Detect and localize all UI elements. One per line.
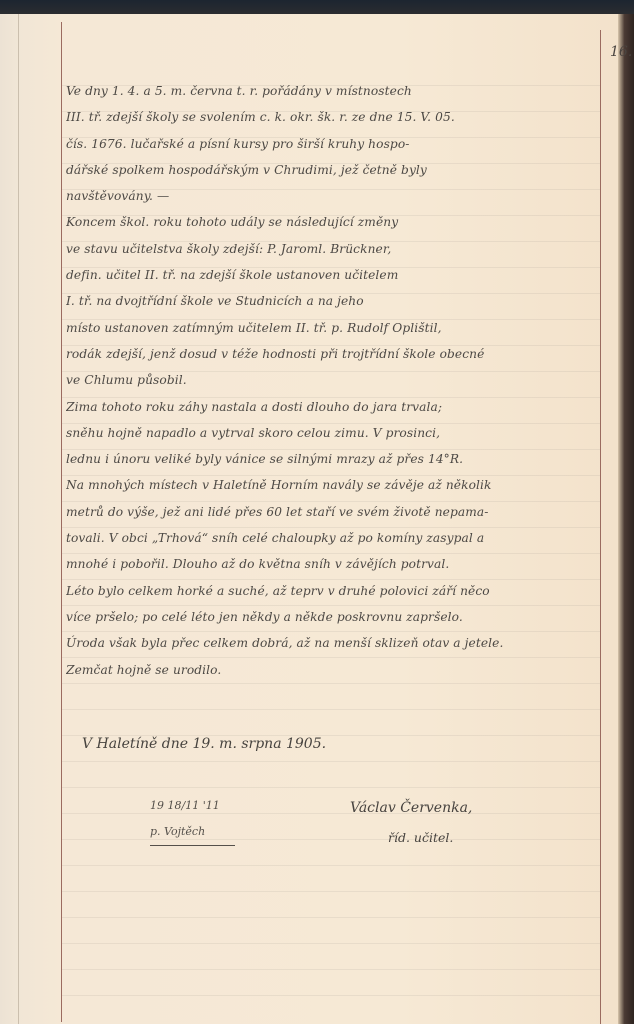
text-line: tovali. V obci „Trhová“ sníh celé chalou… [66,525,596,551]
text-line: defin. učitel II. tř. na zdejší škole us… [66,262,596,288]
text-line: čís. 1676. lučařské a písní kursy pro ši… [66,131,596,157]
text-line: ve stavu učitelstva školy zdejší: P. Jar… [66,236,596,262]
text-line: Zima tohoto roku záhy nastala a dosti dl… [66,394,596,420]
text-line: dářské spolkem hospodářským v Chrudimi, … [66,157,596,183]
left-margin-rule [61,22,62,1022]
author-name: Václav Červenka, [350,793,472,823]
text-line: sněhu hojně napadlo a vytrval skoro celo… [66,420,596,446]
text-line: Úroda však byla přec celkem dobrá, až na… [66,630,596,656]
text-line: Koncem škol. roku tohoto udály se násled… [66,209,596,235]
approval-date: 19 18/11 '11 [150,793,235,819]
text-line: navštěvovány. — [66,183,596,209]
page-number: 16. [610,44,632,60]
approval-signature: 19 18/11 '11 p. Vojtěch [150,793,235,846]
text-line: rodák zdejší, jenž dosud v téže hodnosti… [66,341,596,367]
text-line: místo ustanoven zatímným učitelem II. tř… [66,315,596,341]
page-right-edge [618,14,634,1024]
text-line: metrů do výše, jež ani lidé přes 60 let … [66,499,596,525]
binding-fold-line [18,14,19,1024]
text-line: lednu i únoru veliké byly vánice se siln… [66,446,596,472]
approval-initials: p. Vojtěch [150,819,235,846]
text-line: Na mnohých místech v Haletíně Horním nav… [66,472,596,498]
author-signature: Václav Červenka, říd. učitel. [350,793,472,853]
text-line: I. tř. na dvojtřídní škole ve Studnicích… [66,288,596,314]
right-margin-rule [600,30,601,1024]
text-line: III. tř. zdejší školy se svolením c. k. … [66,104,596,130]
text-line: více pršelo; po celé léto jen někdy a ně… [66,604,596,630]
text-line: Léto bylo celkem horké a suché, až teprv… [66,578,596,604]
scan-top-edge [0,0,634,14]
chronicle-entry-text: Ve dny 1. 4. a 5. m. června t. r. pořádá… [66,78,596,683]
text-line: Ve dny 1. 4. a 5. m. června t. r. pořádá… [66,78,596,104]
text-line: mnohé i pobořil. Dlouho až do května sní… [66,551,596,577]
text-line: Zemčat hojně se urodilo. [66,657,596,683]
text-line: ve Chlumu působil. [66,367,596,393]
place-and-date: V Haletíně dne 19. m. srpna 1905. [82,736,326,752]
author-title: říd. učitel. [350,823,472,853]
